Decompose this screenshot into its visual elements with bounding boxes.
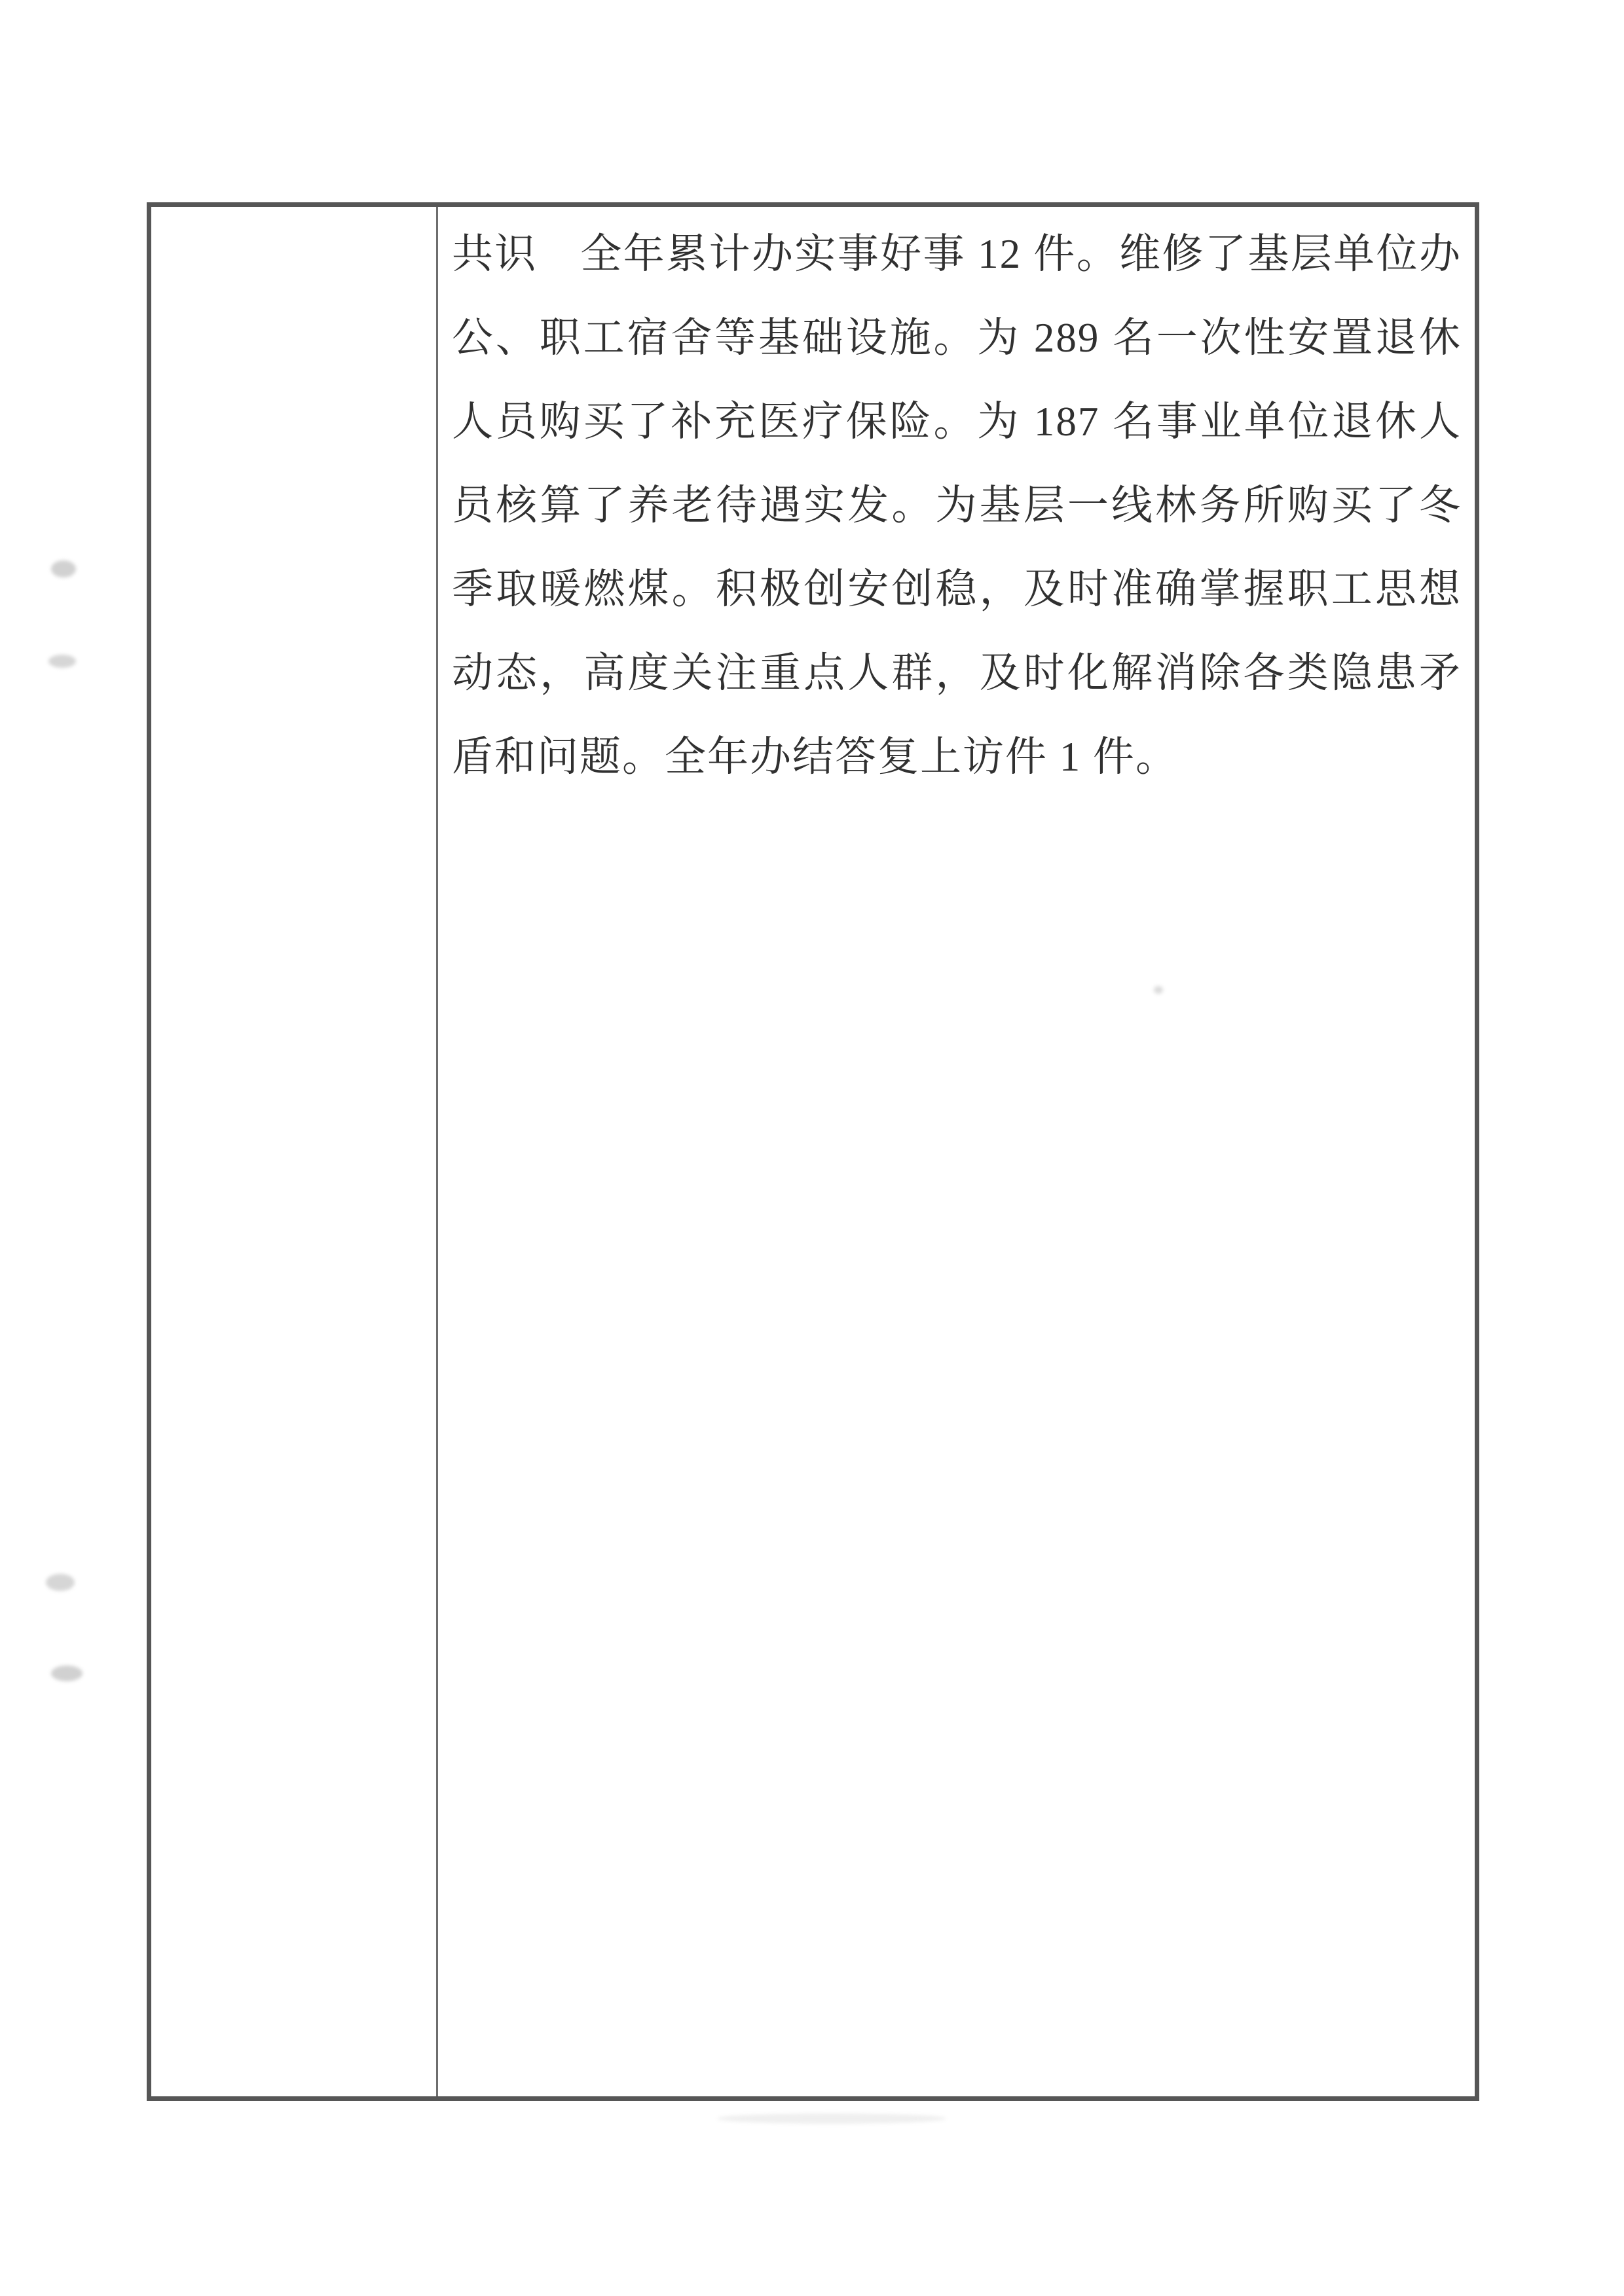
table-right-cell: 共识 全年累计办实事好事 12 件。维修了基层单位办公、职工宿舍等基础设施。为 … [438,207,1475,2096]
table-left-cell [151,207,438,2096]
smudge-mark [1154,986,1163,994]
report-table: 共识 全年累计办实事好事 12 件。维修了基层单位办公、职工宿舍等基础设施。为 … [147,202,1479,2101]
smudge-mark [48,655,76,668]
report-text-line: 盾和问题。全年办结答复上访件 1 件。 [452,715,1462,799]
report-text-line: 季取暖燃煤。积极创安创稳，及时准确掌握职工思想 [452,547,1462,631]
report-text-line: 公、职工宿舍等基础设施。为 289 名一次性安置退休 [452,296,1462,380]
report-text-line: 动态，高度关注重点人群，及时化解消除各类隐患矛 [452,631,1462,715]
smudge-mark [46,1574,75,1591]
report-text-block: 共识 全年累计办实事好事 12 件。维修了基层单位办公、职工宿舍等基础设施。为 … [452,212,1462,799]
scanned-document-page: 共识 全年累计办实事好事 12 件。维修了基层单位办公、职工宿舍等基础设施。为 … [0,0,1624,2296]
smudge-mark [51,560,76,577]
smudge-mark [717,2113,946,2124]
report-text-line: 共识 全年累计办实事好事 12 件。维修了基层单位办 [452,212,1462,296]
smudge-mark [51,1666,83,1681]
report-text-line: 员核算了养老待遇实发。为基层一线林务所购买了冬 [452,464,1462,547]
report-text-line: 人员购买了补充医疗保险。为 187 名事业单位退休人 [452,380,1462,464]
